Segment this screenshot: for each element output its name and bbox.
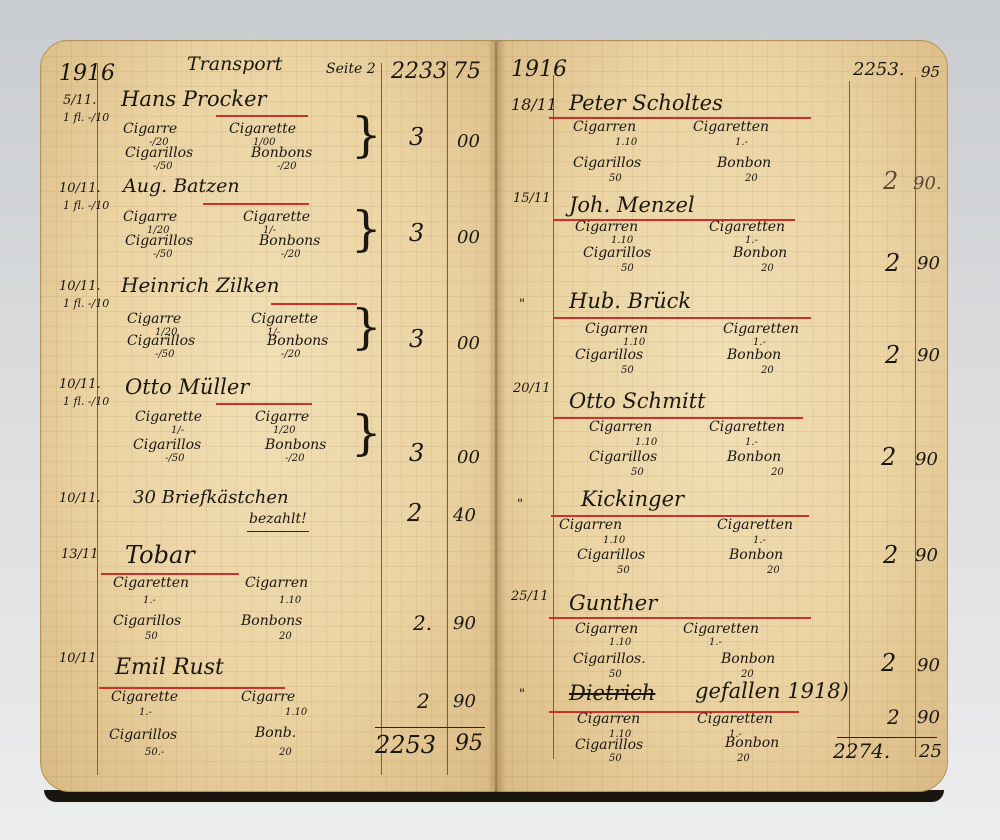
item-label: Cigarette — [229, 121, 296, 137]
item-price: 20 — [279, 747, 292, 758]
item-price: 50 — [145, 631, 158, 642]
brace: } — [351, 201, 382, 257]
item-label: Bonbons — [241, 613, 302, 629]
item-label: Cigarre — [123, 209, 177, 225]
item-price: 1.- — [709, 637, 722, 648]
entry-date: " — [519, 297, 525, 312]
item-price: 1.- — [139, 707, 152, 718]
year: 1916 — [511, 57, 567, 82]
item-label: Cigarillos — [583, 245, 651, 261]
item-label: Cigarillos — [125, 145, 193, 161]
item-label: Cigarre — [241, 689, 295, 705]
amount-marks: 3 — [409, 325, 424, 353]
amount-pf: 00 — [457, 447, 480, 468]
name-underline — [549, 617, 811, 619]
amount-marks: 2 — [885, 249, 900, 277]
item-price: -/20 — [285, 453, 304, 464]
carry-in-marks: 2253. — [853, 59, 905, 80]
customer-name: Aug. Batzen — [123, 175, 240, 197]
amount-pf: 00 — [457, 227, 480, 248]
item-label: Cigaretten — [697, 711, 773, 727]
item-label: Cigarillos — [575, 737, 643, 753]
carry-in-marks: 2233 — [391, 59, 447, 84]
item-price: 20 — [279, 631, 292, 642]
book-spine — [488, 40, 506, 792]
paid-note: bezahlt! — [249, 511, 307, 527]
customer-name: Emil Rust — [115, 655, 224, 680]
right-page: 1916 2253. 95 18/11 Peter Scholtes Cigar… — [496, 40, 948, 792]
item-price: 1.10 — [615, 137, 637, 148]
item-label: Cigarren — [245, 575, 308, 591]
item-price: -/20 — [277, 161, 296, 172]
item-label: Cigaretten — [717, 517, 793, 533]
item-label: Bonbons — [267, 333, 328, 349]
amount-pf: 90 — [915, 449, 938, 470]
underline — [247, 531, 309, 532]
item-price: -/20 — [281, 249, 300, 260]
item-price: 1/- — [171, 425, 184, 436]
item-price: 1.- — [735, 137, 748, 148]
item-label: Cigaretten — [113, 575, 189, 591]
item-label: Cigaretten — [709, 219, 785, 235]
brace: } — [351, 299, 382, 355]
item-price: -/50 — [165, 453, 184, 464]
entry-date: 15/11 — [513, 191, 550, 206]
carry-in-pf: 75 — [453, 59, 481, 84]
item-price: 50 — [617, 565, 630, 576]
amount-pf: 90 — [453, 613, 476, 634]
item-label: Cigaretten — [723, 321, 799, 337]
entry-date: 13/11 — [61, 547, 98, 562]
entry-date: 10/11. — [59, 181, 101, 196]
item-price: 50 — [621, 263, 634, 274]
item-label: Bonbon — [729, 547, 783, 563]
entry-date: 25/11 — [511, 589, 548, 604]
item-price: 50 — [621, 365, 634, 376]
item-label: Bonbon — [733, 245, 787, 261]
item-label: Cigarette — [251, 311, 318, 327]
item-price: 50 — [631, 467, 644, 478]
entry-date: 10/11. — [59, 377, 101, 392]
item-label: Cigarillos — [125, 233, 193, 249]
entry-note: 1 fl. -/10 — [63, 395, 109, 408]
item-label: Cigaretten — [709, 419, 785, 435]
item-label: Cigarre — [123, 121, 177, 137]
pfennig-column-rule — [447, 61, 448, 775]
item-label: Bonbon — [721, 651, 775, 667]
item-label: Cigarren — [575, 621, 638, 637]
item-price: 1.10 — [609, 637, 631, 648]
item-price: 50 — [609, 753, 622, 764]
left-page: 1916 Transport Seite 2 2233 75 5/11. 1 f… — [40, 40, 496, 792]
page-total-pf: 25 — [919, 741, 942, 762]
item-price: 20 — [771, 467, 784, 478]
item-label: Cigarillos — [113, 613, 181, 629]
ledger-book: 1916 Transport Seite 2 2233 75 5/11. 1 f… — [40, 40, 960, 800]
item-price: -/50 — [155, 349, 174, 360]
customer-name: Peter Scholtes — [569, 91, 723, 115]
item-price: 20 — [737, 753, 750, 764]
carry-in-pf: 95 — [921, 63, 940, 81]
amount-marks: 2 — [885, 341, 900, 369]
item-label: Cigarren — [585, 321, 648, 337]
year: 1916 — [59, 61, 115, 86]
item-label: Cigarette — [111, 689, 178, 705]
name-underline — [216, 403, 312, 405]
item-label: Bonbons — [265, 437, 326, 453]
item-label: Cigarillos — [573, 155, 641, 171]
total-line — [375, 727, 485, 728]
item-label: Cigarre — [127, 311, 181, 327]
item-price: 1.10 — [279, 595, 301, 606]
item-label: Cigarren — [589, 419, 652, 435]
name-underline — [216, 115, 308, 117]
customer-name: Otto Müller — [125, 375, 249, 399]
item-label: Cigarillos — [575, 347, 643, 363]
item-label: Cigarren — [575, 219, 638, 235]
item-label: Cigarillos — [577, 547, 645, 563]
item-label: Cigarette — [135, 409, 202, 425]
amount-marks: 2 — [883, 541, 898, 569]
name-underline — [203, 203, 309, 205]
item-price: 1/20 — [273, 425, 295, 436]
amount-marks: 2 — [881, 649, 896, 677]
amount-pf: 40 — [453, 505, 476, 526]
item-description: 30 Briefkästchen — [133, 487, 289, 508]
amount-pf: 90 — [915, 545, 938, 566]
margin-rule — [97, 63, 98, 775]
item-label: Bonbon — [727, 347, 781, 363]
entry-note: 1 fl. -/10 — [63, 111, 109, 124]
amount-pf: 00 — [457, 333, 480, 354]
item-label: Cigarillos. — [573, 651, 646, 667]
entry-note: 1 fl. -/10 — [63, 199, 109, 212]
amount-marks: 2 — [407, 499, 422, 527]
customer-name: Heinrich Zilken — [121, 273, 279, 297]
item-price: 50.- — [145, 747, 164, 758]
item-price: 50 — [609, 173, 622, 184]
amount-pf: 90 — [453, 691, 476, 712]
name-underline — [271, 303, 357, 305]
amount-pf: 90 — [917, 655, 940, 676]
customer-name: Kickinger — [581, 487, 684, 511]
customer-name: Tobar — [125, 541, 195, 569]
total-line — [837, 737, 937, 738]
brace: } — [351, 405, 382, 461]
page-total-marks: 2253 — [375, 731, 436, 759]
entry-date: 10/11 — [59, 651, 96, 666]
amount-pf: 90 — [917, 253, 940, 274]
item-label: Cigarren — [573, 119, 636, 135]
item-price: -/20 — [281, 349, 300, 360]
customer-name: Otto Schmitt — [569, 389, 706, 413]
amount-pf: 90 — [917, 707, 940, 728]
item-price: 50 — [609, 669, 622, 680]
entry-date: 10/11. — [59, 491, 101, 506]
item-price: 1.10 — [603, 535, 625, 546]
item-label: Cigarillos — [109, 727, 177, 743]
amount-marks: 2. — [413, 611, 432, 635]
name-underline — [553, 317, 811, 319]
item-label: Bonbon — [725, 735, 779, 751]
marks-column-rule — [849, 81, 850, 757]
item-price: 1.- — [143, 595, 156, 606]
amount-marks: 3 — [409, 219, 424, 247]
item-label: Cigaretten — [693, 119, 769, 135]
page-total-marks: 2274. — [833, 739, 890, 763]
item-label: Cigarren — [559, 517, 622, 533]
item-price: 1.- — [753, 535, 766, 546]
customer-name: Joh. Menzel — [569, 193, 695, 217]
amount-marks: 2 — [883, 167, 898, 195]
item-price: -/50 — [153, 249, 172, 260]
amount-pf: 90. — [913, 173, 942, 194]
item-price: 20 — [745, 173, 758, 184]
item-price: 1.10 — [285, 707, 307, 718]
customer-name: Hub. Brück — [569, 289, 691, 313]
header-transport: Transport — [187, 53, 282, 75]
customer-name-struck: Dietrich — [569, 681, 655, 705]
customer-name: Gunther — [569, 591, 657, 615]
entry-date: 18/11 — [511, 95, 557, 114]
amount-marks: 3 — [409, 123, 424, 151]
header-note: Seite 2 — [326, 61, 376, 77]
page-total-pf: 95 — [455, 731, 483, 756]
amount-pf: 90 — [917, 345, 940, 366]
item-label: Bonbon — [727, 449, 781, 465]
entry-date: 5/11. — [63, 93, 96, 108]
item-price: 20 — [761, 263, 774, 274]
amount-marks: 2 — [881, 443, 896, 471]
entry-note: 1 fl. -/10 — [63, 297, 109, 310]
item-label: Bonbon — [717, 155, 771, 171]
amount-marks: 2 — [887, 705, 900, 729]
customer-name: Hans Procker — [121, 87, 267, 111]
annotation-fallen: gefallen 1918) — [695, 679, 849, 703]
entry-date: 20/11 — [513, 381, 550, 396]
amount-marks: 3 — [409, 439, 424, 467]
item-label: Cigarillos — [127, 333, 195, 349]
item-label: Cigarillos — [589, 449, 657, 465]
item-label: Cigarillos — [133, 437, 201, 453]
item-price: 1.- — [745, 437, 758, 448]
item-price: 20 — [767, 565, 780, 576]
item-label: Cigarette — [243, 209, 310, 225]
amount-pf: 00 — [457, 131, 480, 152]
item-label: Cigarren — [577, 711, 640, 727]
item-price: 1.10 — [635, 437, 657, 448]
item-label: Bonbons — [259, 233, 320, 249]
item-label: Bonb. — [255, 725, 296, 741]
amount-marks: 2 — [417, 689, 430, 713]
item-price: 20 — [761, 365, 774, 376]
brace: } — [351, 107, 382, 163]
item-label: Cigarre — [255, 409, 309, 425]
entry-date: " — [519, 687, 525, 702]
item-label: Bonbons — [251, 145, 312, 161]
entry-date: 10/11. — [59, 279, 101, 294]
item-label: Cigaretten — [683, 621, 759, 637]
item-price: -/50 — [153, 161, 172, 172]
entry-date: " — [517, 497, 523, 512]
